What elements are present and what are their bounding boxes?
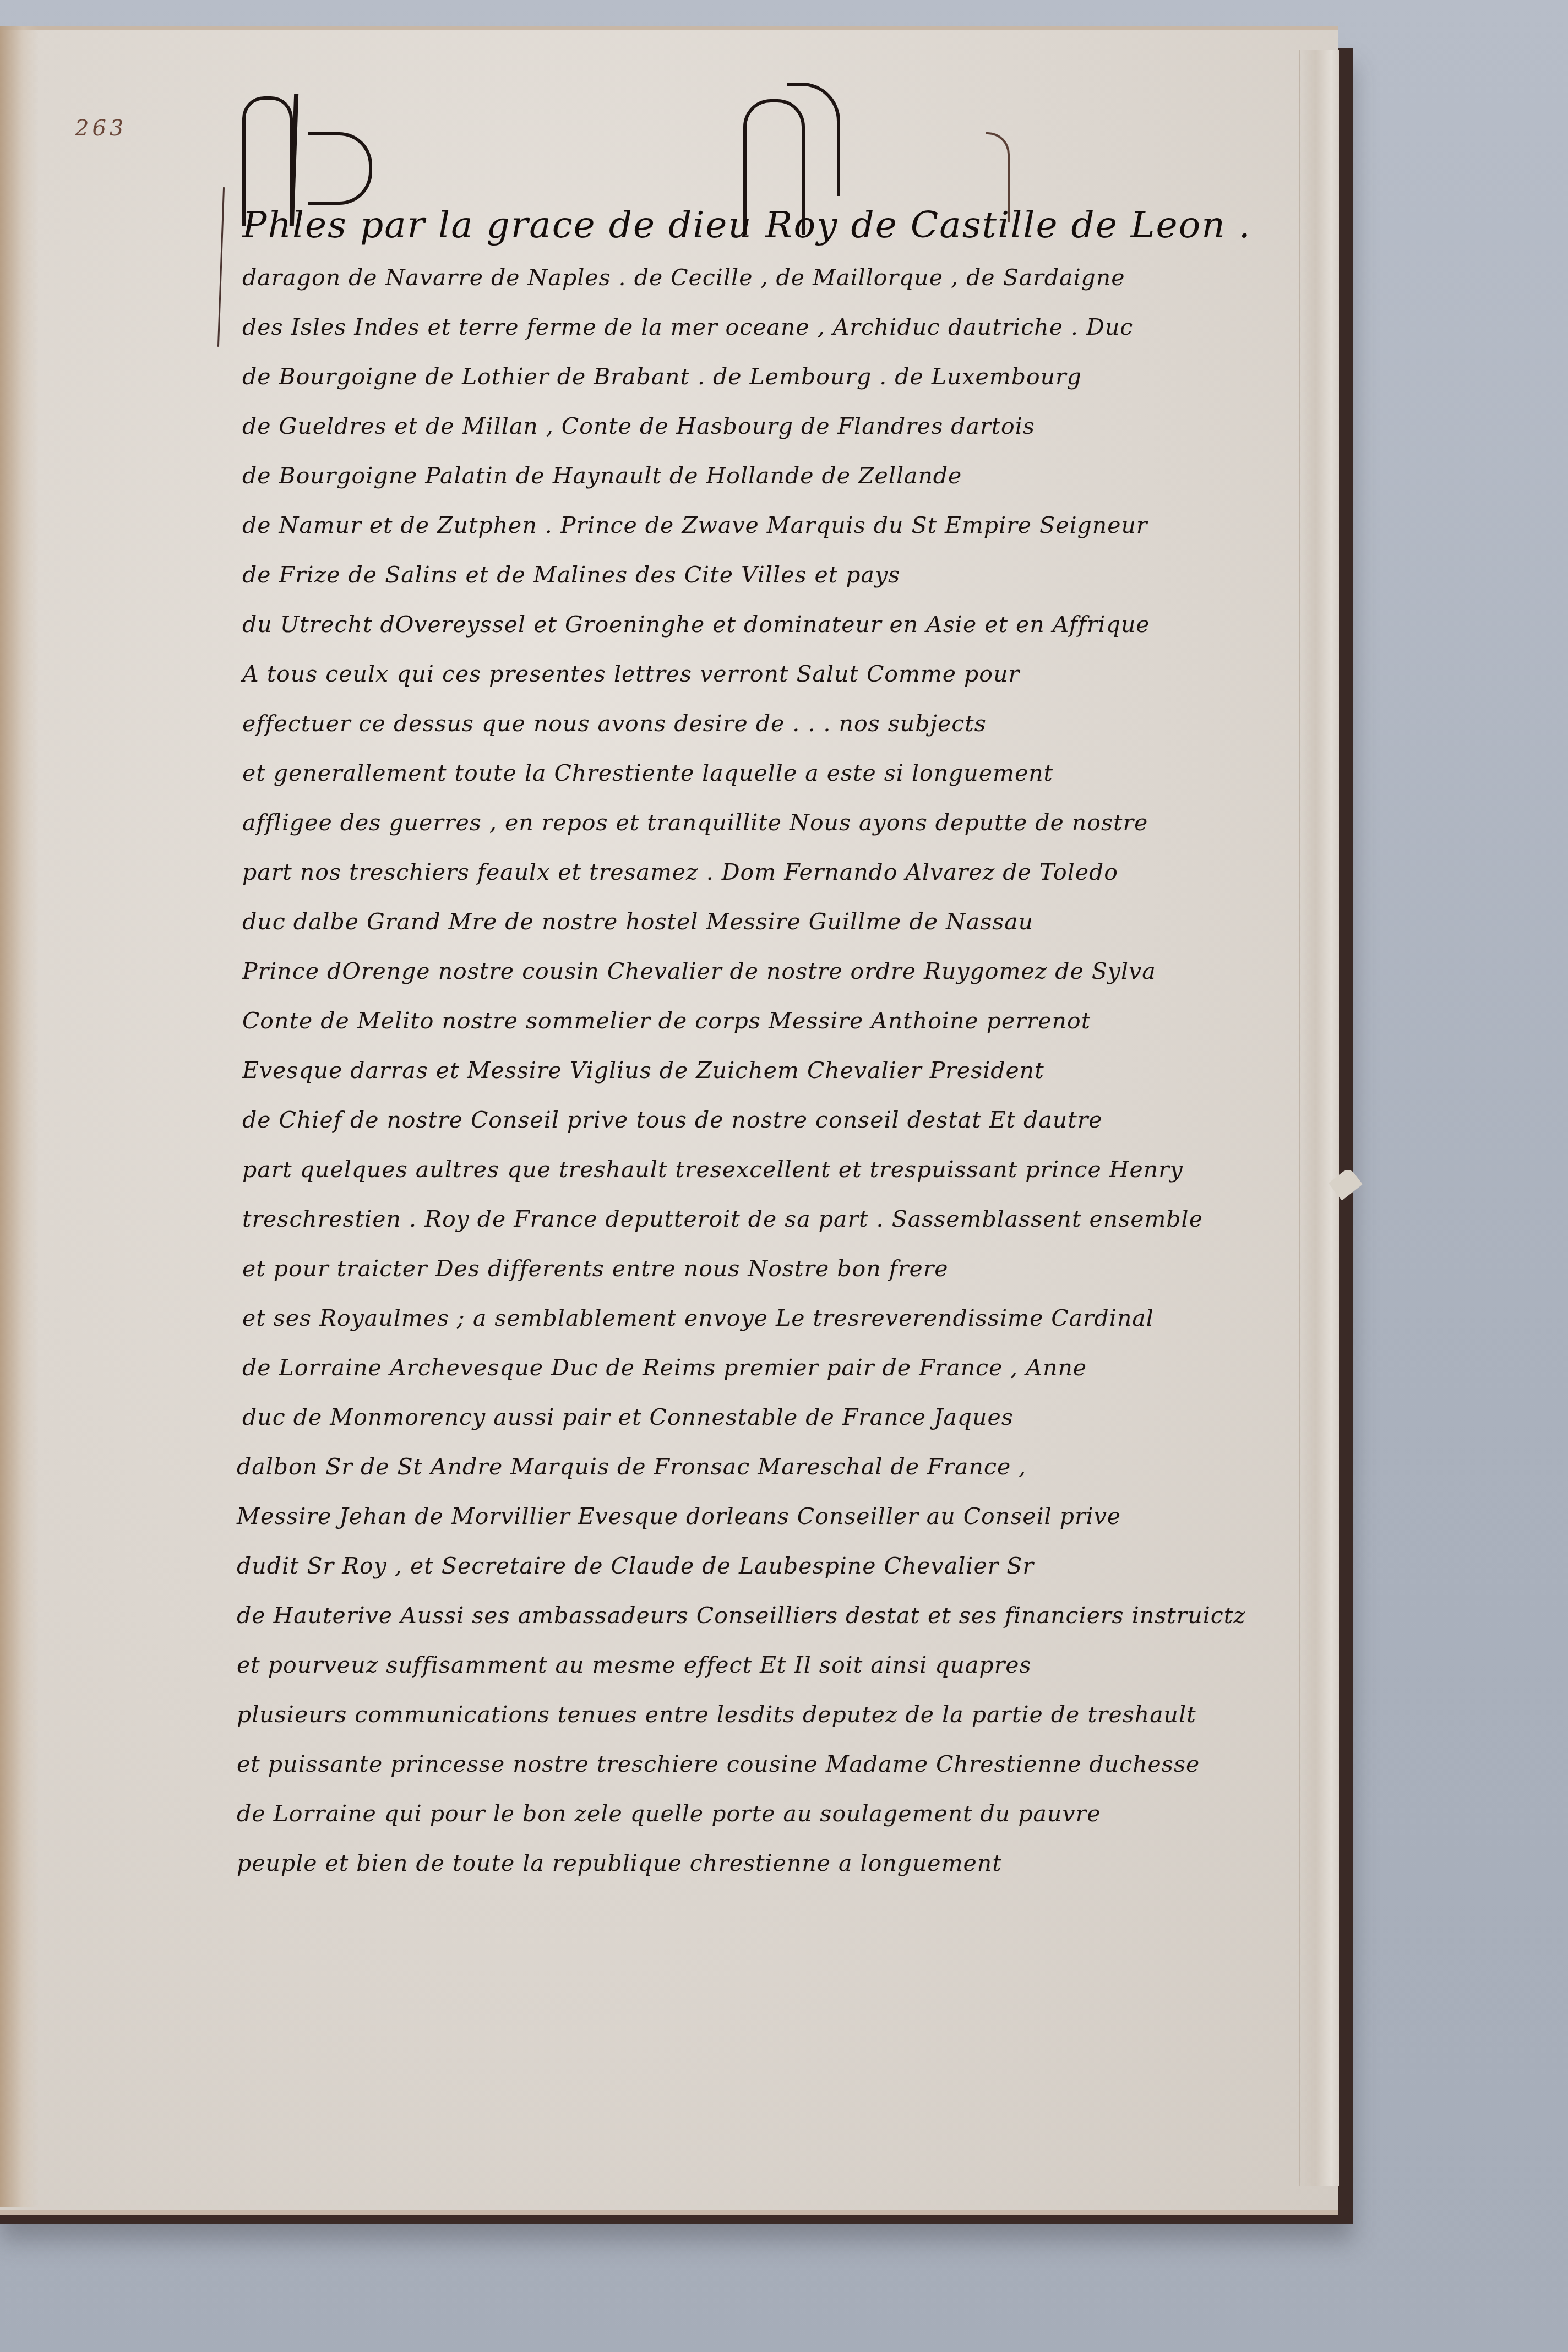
text-line: daragon de Navarre de Naples . de Cecill… [242,264,1125,291]
text-line: affligee des guerres , en repos et tranq… [242,809,1148,836]
text-line: Prince dOrenge nostre cousin Chevalier d… [242,958,1156,984]
text-line: de Frize de Salins et de Malines des Cit… [242,562,900,588]
text-line: de Bourgoigne de Lothier de Brabant . de… [242,363,1082,390]
text-line: Evesque darras et Messire Viglius de Zui… [242,1057,1044,1084]
page-fore-edge [1299,50,1339,2186]
text-line: de Namur et de Zutphen . Prince de Zwave… [242,512,1147,538]
text-line: A tous ceulx qui ces presentes lettres v… [242,661,1020,687]
text-line: et ses Royaulmes ; a semblablement envoy… [242,1305,1154,1331]
text-line: effectuer ce dessus que nous avons desir… [242,710,987,737]
text-line: duc dalbe Grand Mre de nostre hostel Mes… [242,908,1033,935]
text-line: et pourveuz suffisamment au mesme effect… [237,1652,1032,1678]
text-line: peuple et bien de toute la republique ch… [237,1850,1002,1876]
gutter-shadow [0,26,39,2207]
text-line: dalbon Sr de St Andre Marquis de Fronsac… [237,1453,1026,1480]
text-line: part nos treschiers feaulx et tresamez .… [242,859,1118,885]
text-line: de Gueldres et de Millan , Conte de Hasb… [242,413,1035,439]
text-line: des Isles Indes et terre ferme de la mer… [242,314,1133,340]
decorative-ascender-loop [787,83,840,196]
text-line: de Lorraine Archevesque Duc de Reims pre… [242,1354,1087,1381]
text-line: plusieurs communications tenues entre le… [237,1701,1196,1728]
text-line: duc de Monmorency aussi pair et Connesta… [242,1404,1014,1430]
text-line: et pour traicter Des differents entre no… [242,1255,949,1282]
text-line: de Hauterive Aussi ses ambassadeurs Cons… [237,1602,1246,1629]
text-line: et puissante princesse nostre treschiere… [237,1751,1200,1777]
blank-lower-page-area [165,1938,1266,2169]
text-line: de Lorraine qui pour le bon zele quelle … [237,1800,1101,1827]
text-line: et generallement toute la Chrestiente la… [242,760,1053,786]
text-line: Messire Jehan de Morvillier Evesque dorl… [237,1503,1121,1529]
decorative-initial-loop [308,132,372,205]
text-line: part quelques aultres que treshault tres… [242,1156,1183,1183]
text-line: du Utrecht dOvereyssel et Groeninghe et … [242,611,1150,638]
opening-title-line: Phles par la grace de dieu Roy de Castil… [242,204,1251,246]
text-line: de Chief de nostre Conseil prive tous de… [242,1107,1103,1133]
text-line: de Bourgoigne Palatin de Haynault de Hol… [242,462,962,489]
text-line: treschrestien . Roy de France deputteroi… [242,1206,1203,1232]
text-line: Conte de Melito nostre sommelier de corp… [242,1008,1091,1034]
text-line: dudit Sr Roy , et Secretaire de Claude d… [237,1553,1034,1579]
folio-number: 263 [75,116,127,141]
